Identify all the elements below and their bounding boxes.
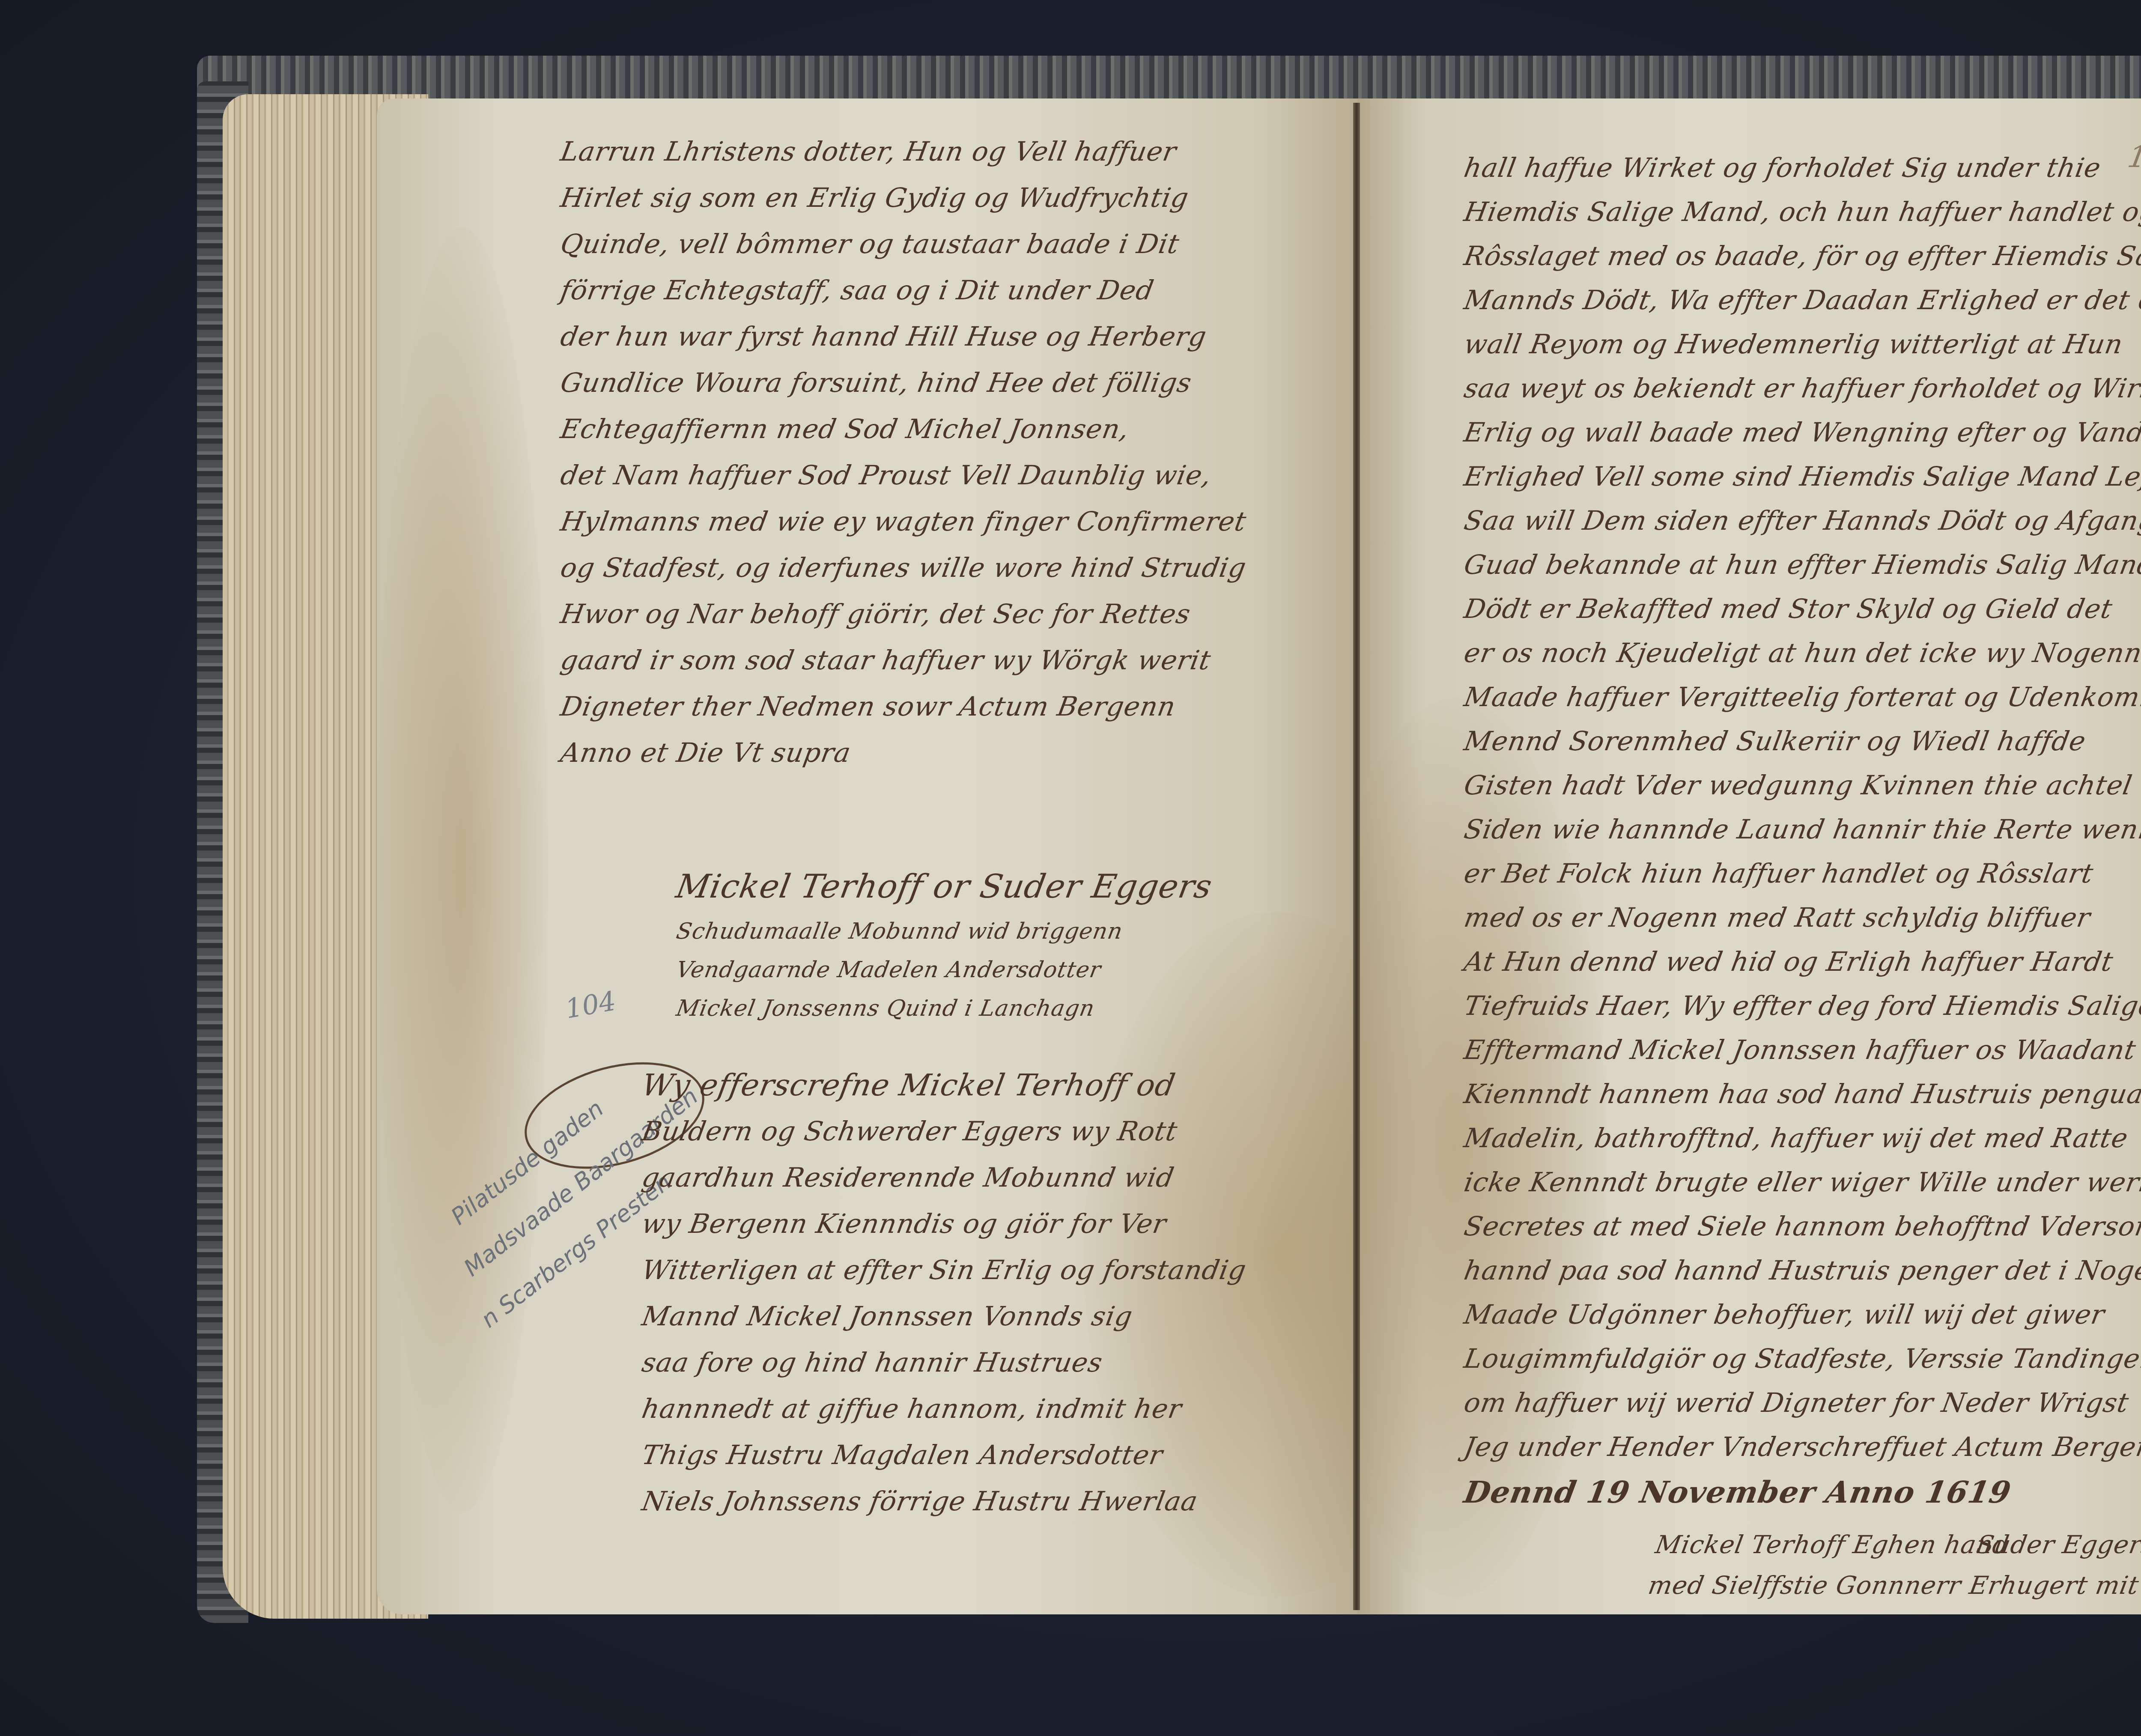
text-line: Erlighed Vell some sind Hiemdis Salige M… xyxy=(1461,454,2141,498)
text-line: Lougimmfuldgiör og Stadfeste, Verssie Ta… xyxy=(1461,1336,2141,1381)
text-line: Niels Johnssens förrige Hustru Hwerlaa xyxy=(638,1478,1250,1524)
signature-line: handt und Siegel xyxy=(1959,1606,2141,1614)
book-gutter xyxy=(1353,103,1360,1610)
text-line: hannd paa sod hannd Hustruis penger det … xyxy=(1461,1248,2141,1292)
signature-line: Uskuruer xyxy=(1638,1606,1998,1614)
text-line: Mannds Dödt, Wa effter Daadan Erlighed e… xyxy=(1461,278,2141,322)
signature-block-left: Mickel Terhoff Eghen hand med Sielffstie… xyxy=(1638,1524,2013,1614)
text-line: Erlig og wall baade med Wengning efter o… xyxy=(1461,410,2141,454)
text-line: Anno et Die Vt supra xyxy=(557,730,1250,776)
text-line: Efftermand Mickel Jonnssen haffuer os Wa… xyxy=(1461,1028,2141,1072)
text-line: Hylmanns med wie ey wagten finger Confir… xyxy=(557,498,1250,545)
text-line: förrige Echtegstaff, saa og i Dit under … xyxy=(557,267,1250,313)
text-line: der hun war fyrst hannd Hill Huse og Her… xyxy=(557,313,1250,360)
text-line: saa fore og hind hannir Hustrues xyxy=(638,1339,1250,1386)
text-line: Gundlice Woura forsuint, hind Hee det fö… xyxy=(557,360,1250,406)
text-line: Saa will Dem siden effter Hannds Dödt og… xyxy=(1461,498,2141,543)
right-page: 140 hall haffue Wirket og forholdet Sig … xyxy=(1357,98,2141,1614)
text-line: Echtegaffiernn med Sod Michel Jonnsen, xyxy=(557,406,1250,452)
text-line: Jeg under Hender Vnderschreffuet Actum B… xyxy=(1461,1425,2141,1469)
entry-heading: Mickel Terhoff or Suder Eggers Schudumaa… xyxy=(677,861,1212,1028)
book-cover-top-edge xyxy=(197,56,2141,98)
text-line: Madelin, bathrofftnd, haffuer wij det me… xyxy=(1461,1116,2141,1160)
open-book: Larrun Lhristens dotter, Hun og Vell haf… xyxy=(197,56,2141,1649)
text-line: icke Kennndt brugte eller wiger Wille un… xyxy=(1461,1160,2141,1204)
text-line: wall Reyom og Hwedemnerlig witterligt at… xyxy=(1461,322,2141,366)
heading-line: Mickel Jonssenns Quind i Lanchagn xyxy=(673,989,1215,1028)
text-line: Gisten hadt Vder wedgunng Kvinnen thie a… xyxy=(1461,763,2141,807)
heading-line: Schudumaalle Mobunnd wid briggenn xyxy=(673,912,1215,951)
heading-line: Mickel Terhoff or Suder Eggers xyxy=(672,861,1216,912)
text-line: At Hun dennd wed hid og Erligh haffuer H… xyxy=(1461,940,2141,984)
signature-line: med Sielffstie Gonnnerr xyxy=(1645,1565,2006,1606)
text-line: Buldern og Schwerder Eggers wy Rott xyxy=(638,1108,1250,1154)
text-line: gaardhun Residerennde Mobunnd wid xyxy=(638,1154,1250,1201)
date-line: Dennd 19 November Anno 1619 xyxy=(1460,1469,2141,1516)
text-line: hannnedt at giffue hannom, indmit her xyxy=(638,1386,1250,1432)
text-line: Guad bekannde at hun effter Hiemdis Sali… xyxy=(1461,543,2141,587)
signature-line: Erhugert mit egn xyxy=(1966,1565,2141,1606)
text-line: er os noch Kjeudeligt at hun det icke wy… xyxy=(1461,631,2141,675)
text-line: hall haffue Wirket og forholdet Sig unde… xyxy=(1461,146,2141,190)
text-line: Rôsslaget med os baade, för og effter Hi… xyxy=(1461,234,2141,278)
right-body-text: hall haffue Wirket og forholdet Sig unde… xyxy=(1464,146,2141,1516)
text-line: Witterligen at effter Sin Erlig og forst… xyxy=(638,1247,1250,1293)
text-line: Secretes at med Siele hannom behofftnd V… xyxy=(1461,1204,2141,1248)
text-line: Mannd Mickel Jonnssen Vonnds sig xyxy=(638,1293,1250,1339)
text-line: Larrun Lhristens dotter, Hun og Vell haf… xyxy=(557,128,1250,175)
text-line: Dödt er Bekaffted med Stor Skyld og Giel… xyxy=(1461,587,2141,631)
text-line: saa weyt os bekiendt er haffuer forholde… xyxy=(1461,366,2141,410)
text-line: Digneter ther Nedmen sowr Actum Bergenn xyxy=(557,683,1250,730)
text-line: Maade Udgönner behoffuer, will wij det g… xyxy=(1461,1292,2141,1336)
text-line: gaard ir som sod staar haffuer wy Wörgk … xyxy=(557,637,1250,683)
text-line: og Stadfest, og iderfunes wille wore hin… xyxy=(557,545,1250,591)
left-page: Larrun Lhristens dotter, Hun og Vell haf… xyxy=(377,98,1357,1614)
text-line: med os er Nogenn med Ratt schyldig bliff… xyxy=(1461,895,2141,940)
text-line: Quinde, vell bômmer og taustaar baade i … xyxy=(557,221,1250,267)
heading-line: Vendgaarnde Madelen Andersdotter xyxy=(673,951,1215,989)
pencil-margin-number: 104 xyxy=(563,985,618,1024)
text-line: Hirlet sig som en Erlig Gydig og Wudfryc… xyxy=(557,175,1250,221)
text-line: det Nam haffuer Sod Proust Vell Daunblig… xyxy=(557,452,1250,498)
signature-line: Mickel Terhoff Eghen hand xyxy=(1652,1524,2013,1565)
signature-block-right: Suder Eggers Erhugert mit egn handt und … xyxy=(1959,1524,2141,1614)
text-line: Kiennndt hannem haa sod hand Hustruis pe… xyxy=(1461,1072,2141,1116)
left-body-text-2: Wy efferscrefne Mickel Terhoff od Bulder… xyxy=(642,1062,1246,1524)
text-line: Mennd Sorenmhed Sulkeriir og Wiedl haffd… xyxy=(1461,719,2141,763)
text-line: Siden wie hannnde Laund hannir thie Rert… xyxy=(1461,807,2141,851)
text-line: Thigs Hustru Magdalen Andersdotter xyxy=(638,1432,1250,1478)
text-line: Hiemdis Salige Mand, och hun haffuer han… xyxy=(1461,190,2141,234)
text-line: Hwor og Nar behoff giörir, det Sec for R… xyxy=(557,591,1250,637)
text-line: wy Bergenn Kiennndis og giör for Ver xyxy=(638,1201,1250,1247)
text-line: er Bet Folck hiun haffuer handlet og Rôs… xyxy=(1461,851,2141,895)
text-line: Tiefruids Haer, Wy effter deg ford Hiemd… xyxy=(1461,984,2141,1028)
text-line: om haffuer wij werid Digneter for Neder … xyxy=(1461,1381,2141,1425)
text-line: Maade haffuer Vergitteelig forterat og U… xyxy=(1461,675,2141,719)
left-body-text: Larrun Lhristens dotter, Hun og Vell haf… xyxy=(561,128,1246,776)
signature-line: Suder Eggers xyxy=(1973,1524,2141,1565)
edge-discoloration xyxy=(377,227,548,1512)
text-line: Wy efferscrefne Mickel Terhoff od xyxy=(638,1062,1250,1108)
